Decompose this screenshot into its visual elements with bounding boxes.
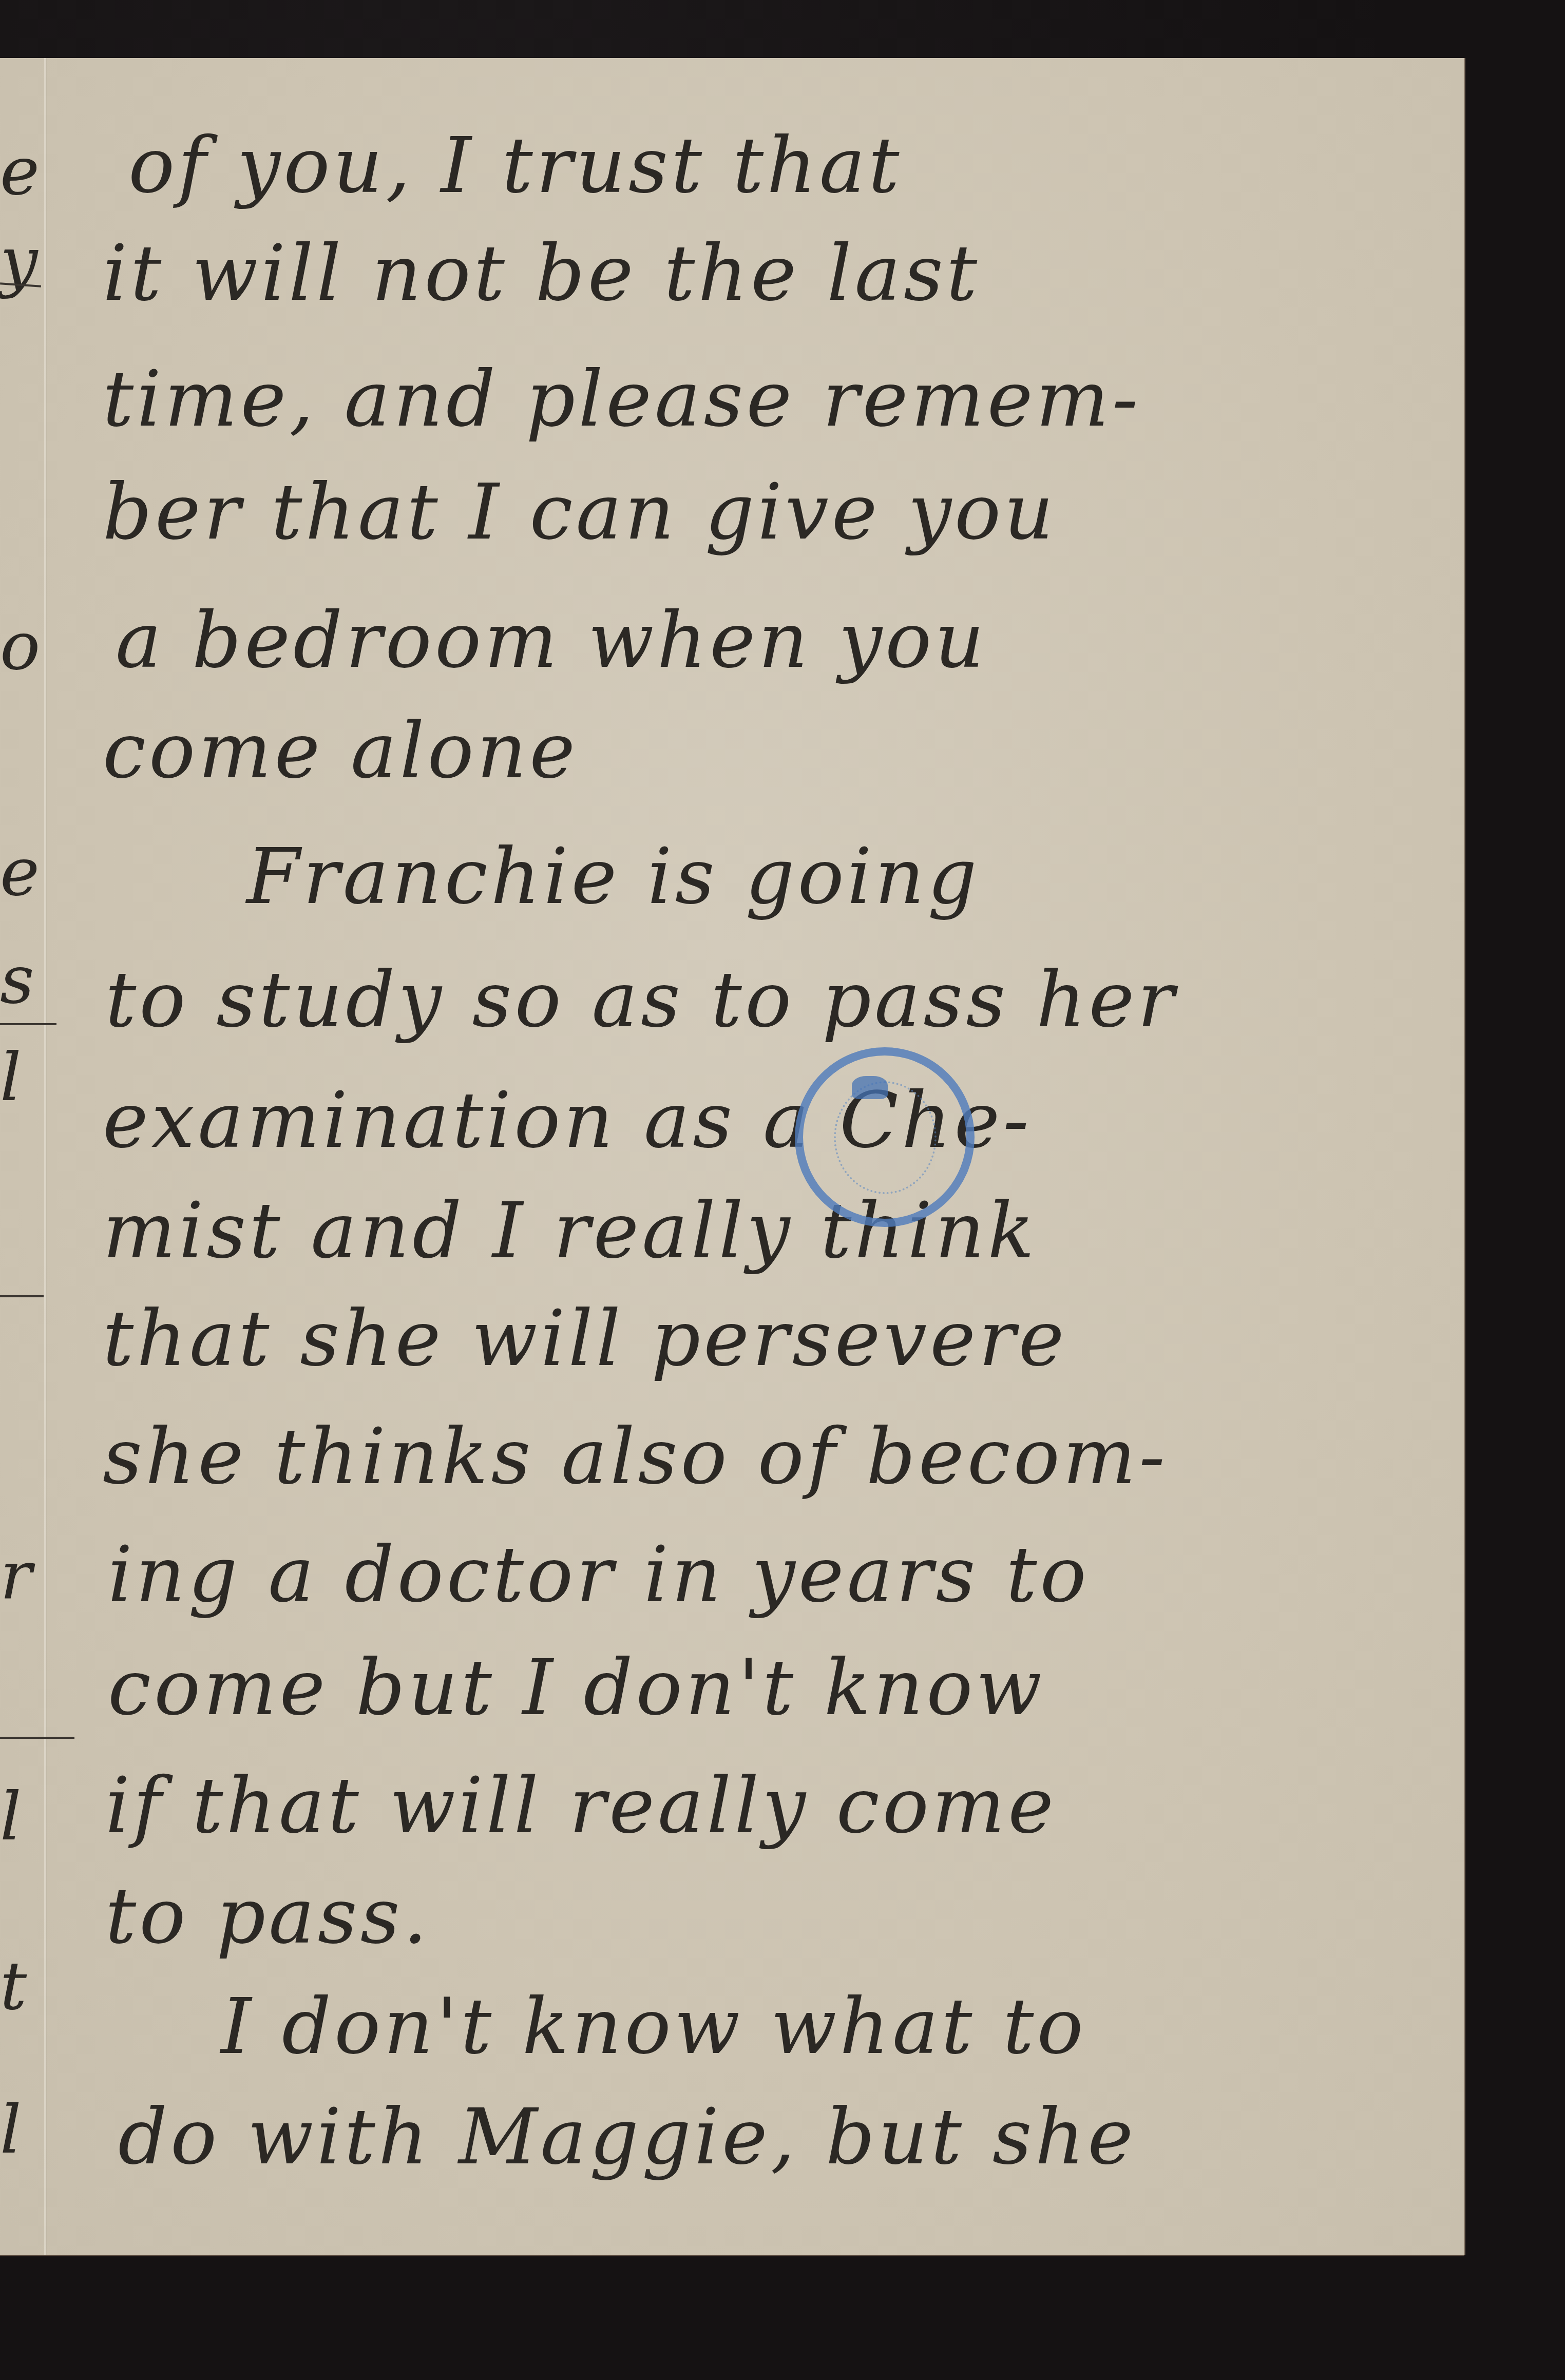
letter-line: I don't know what to <box>221 1988 1086 2065</box>
margin-fragment: e <box>0 838 40 905</box>
letter-line: do with Maggie, but she <box>118 2099 1136 2176</box>
letter-page: e y o e s l r l t l of you, I trust that… <box>0 58 1464 2255</box>
library-stamp <box>795 1047 975 1227</box>
letter-line: ber that I can give you <box>103 474 1057 551</box>
margin-fragment: l <box>0 2096 22 2163</box>
stamp-crown-icon <box>852 1076 888 1099</box>
margin-stroke <box>0 1023 56 1025</box>
margin-fragment: s <box>0 946 34 1013</box>
letter-line: a bedroom when you <box>116 602 987 679</box>
letter-line: ing a doctor in years to <box>108 1537 1090 1614</box>
letter-line: time, and please remem- <box>103 361 1141 438</box>
letter-line: if that will really come <box>105 1768 1057 1845</box>
letter-line: to pass. <box>105 1878 430 1955</box>
margin-fragment: e <box>0 138 40 204</box>
fold-line <box>44 58 46 2255</box>
letter-line: come alone <box>103 713 578 790</box>
margin-fragment: r <box>0 1542 32 1608</box>
letter-line: it will not be the last <box>103 235 980 312</box>
margin-fragment: o <box>0 612 40 679</box>
letter-line: come but I don't know <box>108 1649 1045 1726</box>
margin-fragment: t <box>0 1952 27 2019</box>
letter-line: she thinks also of becom- <box>103 1418 1168 1495</box>
margin-fragment: l <box>0 1044 22 1110</box>
margin-fragment: l <box>0 1783 22 1850</box>
stamp-emblem <box>834 1081 937 1194</box>
letter-line: of you, I trust that <box>128 127 903 204</box>
margin-stroke <box>0 1295 44 1297</box>
margin-stroke <box>0 1737 74 1739</box>
letter-line: Franchie is going <box>246 838 980 915</box>
letter-line: to study so as to pass her <box>105 962 1177 1039</box>
letter-line: that she will persevere <box>103 1300 1067 1377</box>
